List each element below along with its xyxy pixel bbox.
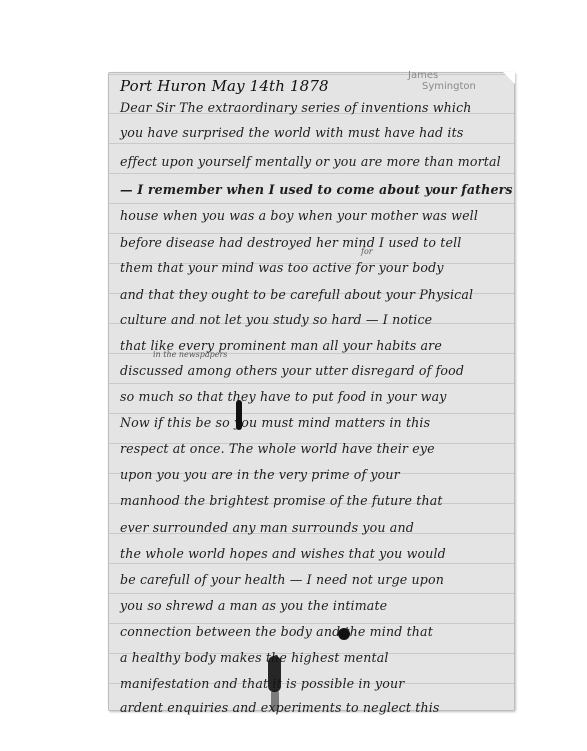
letter-line-15: upon you you are in the very prime of yo…	[120, 463, 509, 487]
archival-annotation: James Symington	[408, 70, 476, 92]
letter-line-20: you so shrewd a man as you the intimate	[120, 594, 509, 618]
letter-line-9: culture and not let you study so hard — …	[120, 308, 509, 332]
letter-line-16: manhood the brightest promise of the fut…	[120, 489, 509, 513]
letter-line-14: respect at once. The whole world have th…	[120, 437, 509, 461]
letter-line-17: ever surrounded any man surrounds you an…	[120, 516, 509, 540]
letter-line-4: — I remember when I used to come about y…	[120, 178, 509, 202]
letter-page: Port Huron May 14th 1878 James Symington…	[108, 72, 515, 711]
letter-line-2: you have surprised the world with must h…	[120, 121, 509, 145]
letter-line-6: before disease had destroyed her mind I …	[120, 231, 509, 255]
letter-line-7: them that your mind was too active for y…	[120, 256, 509, 280]
ink-blot-vertical	[236, 400, 242, 430]
letter-line-5: house when you was a boy when your mothe…	[120, 204, 509, 228]
interlinear-insert-newspapers: in the newspapers	[153, 350, 227, 359]
ink-blot-drip	[268, 656, 281, 692]
letter-line-18: the whole world hopes and wishes that yo…	[120, 542, 509, 566]
letter-line-13: Now if this be so you must mind matters …	[120, 411, 509, 435]
letter-line-22: a healthy body makes the highest mental	[120, 646, 509, 670]
letter-line-1: Dear Sir The extraordinary series of inv…	[120, 96, 509, 120]
letter-line-21: connection between the body and the mind…	[120, 620, 509, 644]
letter-line-11: discussed among others your utter disreg…	[120, 359, 509, 383]
letter-line-12: so much so that they have to put food in…	[120, 385, 509, 409]
letter-line-8: and that they ought to be carefull about…	[120, 283, 509, 307]
letter-line-24: ardent enquiries and experiments to negl…	[120, 696, 509, 720]
letter-line-19: be carefull of your health — I need not …	[120, 568, 509, 592]
letter-line-23: manifestation and that it is possible in…	[120, 672, 509, 696]
interlinear-insert-for: for	[361, 247, 373, 256]
annotation-first-name: James	[408, 70, 476, 81]
ink-drip-trail	[271, 690, 279, 711]
ink-blot-round	[338, 628, 350, 640]
letter-line-3: effect upon yourself mentally or you are…	[120, 150, 509, 174]
annotation-surname: Symington	[408, 81, 476, 92]
